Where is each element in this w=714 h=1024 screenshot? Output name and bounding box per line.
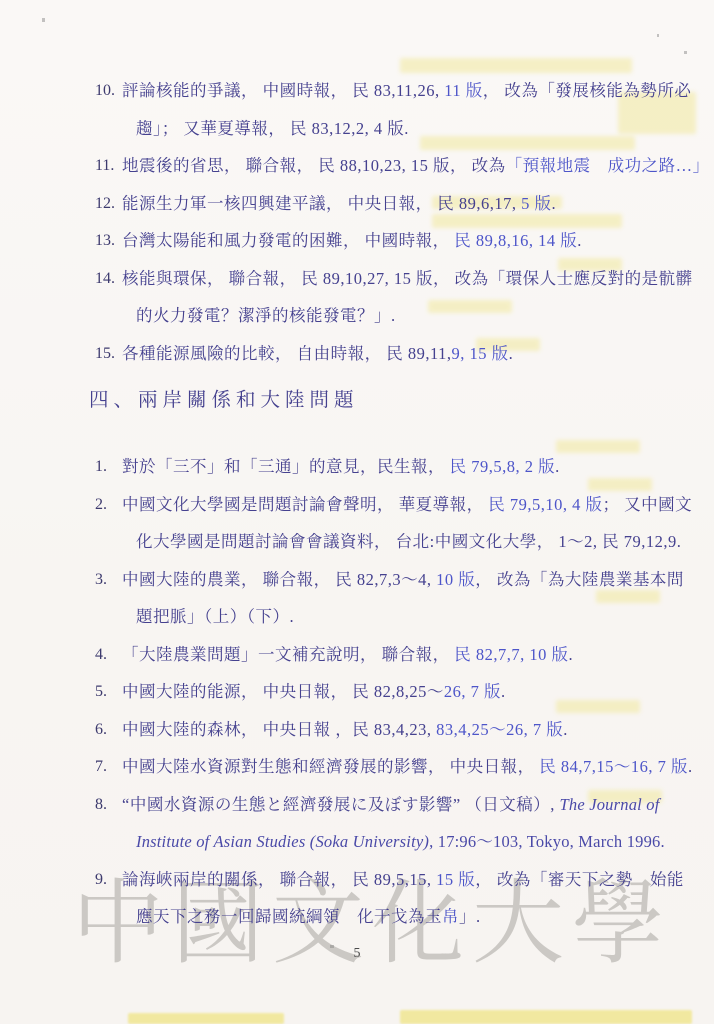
item-line: 中國大陸的森林， 中央日報 ，民 83,4,23, 83,4,25～26, 7 … [122,711,650,749]
item-number: 9. [95,861,122,899]
item-text: 核能與環保， 聯合報， 民 89,10,27, 15 版， 改為「環保人士應反對… [122,260,650,335]
document-content: 10.評論核能的爭議， 中國時報， 民 83,11,26, 11 版， 改為「發… [95,72,650,936]
item-line: 「大陸農業問題」一文補充說明， 聯合報， 民 82,7,7, 10 版. [122,636,650,674]
item-line: “中國水資源の生態と經濟發展に及ぼす影響” （日文稿）, The Journal… [122,786,650,824]
item-number: 8. [95,786,122,824]
item-line-continuation: 趨」； 又華夏導報， 民 83,12,2, 4 版. [122,110,650,148]
bleed-through-artifact [128,1013,284,1024]
bibliography-item: 2.中國文化大學國是問題討論會聲明， 華夏導報， 民 79,5,10, 4 版；… [95,486,650,561]
item-text: 中國文化大學國是問題討論會聲明， 華夏導報， 民 79,5,10, 4 版； 又… [122,486,650,561]
item-text: 對於「三不」和「三通」的意見，民生報， 民 79,5,8, 2 版. [122,448,650,486]
item-line: 中國大陸的農業， 聯合報， 民 82,7,3～4, 10 版， 改為「為大陸農業… [122,561,650,599]
item-text: 中國大陸的森林， 中央日報 ，民 83,4,23, 83,4,25～26, 7 … [122,711,650,749]
bibliography-item: 11.地震後的省思， 聯合報， 民 88,10,23, 15 版， 改為「預報地… [95,147,650,185]
item-number: 2. [95,486,122,524]
bibliography-item: 1.對於「三不」和「三通」的意見，民生報， 民 79,5,8, 2 版. [95,448,650,486]
item-number: 1. [95,448,122,486]
bibliography-item: 5.中國大陸的能源， 中央日報， 民 82,8,25～26, 7 版. [95,673,650,711]
section-heading-cross-strait: 四、兩岸關係和大陸問題 [89,382,650,420]
item-line: 地震後的省思， 聯合報， 民 88,10,23, 15 版， 改為「預報地震 成… [122,147,650,185]
bibliography-item: 7.中國大陸水資源對生態和經濟發展的影響， 中央日報， 民 84,7,15～16… [95,748,650,786]
item-number: 12. [95,185,122,223]
item-line: 評論核能的爭議， 中國時報， 民 83,11,26, 11 版， 改為「發展核能… [122,72,650,110]
item-number: 15. [95,335,122,373]
bibliography-item: 6.中國大陸的森林， 中央日報 ，民 83,4,23, 83,4,25～26, … [95,711,650,749]
item-text: 各種能源風險的比較， 自由時報， 民 89,11,9, 15 版. [122,335,650,373]
item-line: 核能與環保， 聯合報， 民 89,10,27, 15 版， 改為「環保人士應反對… [122,260,650,298]
bibliography-item: 15.各種能源風險的比較， 自由時報， 民 89,11,9, 15 版. [95,335,650,373]
item-text: 中國大陸的能源， 中央日報， 民 82,8,25～26, 7 版. [122,673,650,711]
item-text: 台灣太陽能和風力發電的困難， 中國時報， 民 89,8,16, 14 版. [122,222,650,260]
item-text: 中國大陸水資源對生態和經濟發展的影響， 中央日報， 民 84,7,15～16, … [122,748,650,786]
item-line-continuation: 化大學國是問題討論會會議資料， 台北:中國文化大學， 1～2, 民 79,12,… [122,523,650,561]
page-number: 5 [0,946,714,962]
item-number: 13. [95,222,122,260]
bibliography-item: 4.「大陸農業問題」一文補充說明， 聯合報， 民 82,7,7, 10 版. [95,636,650,674]
item-number: 3. [95,561,122,599]
item-text: 中國大陸的農業， 聯合報， 民 82,7,3～4, 10 版， 改為「為大陸農業… [122,561,650,636]
item-number: 5. [95,673,122,711]
item-line: 能源生力軍一核四興建平議， 中央日報， 民 89,6,17, 5 版. [122,185,650,223]
scan-speck [684,51,687,54]
item-number: 7. [95,748,122,786]
item-text: 能源生力軍一核四興建平議， 中央日報， 民 89,6,17, 5 版. [122,185,650,223]
bibliography-item: 8.“中國水資源の生態と經濟發展に及ぼす影響” （日文稿）, The Journ… [95,786,650,861]
scan-speck [657,34,659,37]
item-line: 對於「三不」和「三通」的意見，民生報， 民 79,5,8, 2 版. [122,448,650,486]
item-number: 14. [95,260,122,298]
item-line-continuation: 的火力發電？潔淨的核能發電？」. [122,297,650,335]
bibliography-item: 14.核能與環保， 聯合報， 民 89,10,27, 15 版， 改為「環保人士… [95,260,650,335]
bibliography-item: 9.論海峽兩岸的關係， 聯合報， 民 89,5,15, 15 版， 改為「審天下… [95,861,650,936]
item-line: 論海峽兩岸的關係， 聯合報， 民 89,5,15, 15 版， 改為「審天下之勢… [122,861,650,899]
item-line-continuation: 應天下之務一回歸國統綱領 化干戈為玉帛」. [122,898,650,936]
item-text: 評論核能的爭議， 中國時報， 民 83,11,26, 11 版， 改為「發展核能… [122,72,650,147]
item-text: 論海峽兩岸的關係， 聯合報， 民 89,5,15, 15 版， 改為「審天下之勢… [122,861,650,936]
item-number: 6. [95,711,122,749]
energy-items-list: 10.評論核能的爭議， 中國時報， 民 83,11,26, 11 版， 改為「發… [95,72,650,372]
bibliography-item: 10.評論核能的爭議， 中國時報， 民 83,11,26, 11 版， 改為「發… [95,72,650,147]
item-number: 4. [95,636,122,674]
item-line: 各種能源風險的比較， 自由時報， 民 89,11,9, 15 版. [122,335,650,373]
bibliography-item: 13.台灣太陽能和風力發電的困難， 中國時報， 民 89,8,16, 14 版. [95,222,650,260]
item-text: “中國水資源の生態と經濟發展に及ぼす影響” （日文稿）, The Journal… [122,786,650,861]
item-text: 「大陸農業問題」一文補充說明， 聯合報， 民 82,7,7, 10 版. [122,636,650,674]
item-line: 中國大陸的能源， 中央日報， 民 82,8,25～26, 7 版. [122,673,650,711]
bleed-through-artifact [400,58,632,73]
scan-speck [42,18,45,22]
bleed-through-artifact [400,1010,692,1024]
item-line-continuation: 題把脈」（上）（下）. [122,598,650,636]
item-line: 中國大陸水資源對生態和經濟發展的影響， 中央日報， 民 84,7,15～16, … [122,748,650,786]
item-number: 11. [95,147,122,185]
item-number: 10. [95,72,122,110]
item-line: 中國文化大學國是問題討論會聲明， 華夏導報， 民 79,5,10, 4 版； 又… [122,486,650,524]
item-text: 地震後的省思， 聯合報， 民 88,10,23, 15 版， 改為「預報地震 成… [122,147,650,185]
bibliography-item: 3.中國大陸的農業， 聯合報， 民 82,7,3～4, 10 版， 改為「為大陸… [95,561,650,636]
item-line: 台灣太陽能和風力發電的困難， 中國時報， 民 89,8,16, 14 版. [122,222,650,260]
item-line-continuation: Institute of Asian Studies (Soka Univers… [122,823,650,861]
cross-strait-items-list: 1.對於「三不」和「三通」的意見，民生報， 民 79,5,8, 2 版.2.中國… [95,448,650,936]
bibliography-item: 12.能源生力軍一核四興建平議， 中央日報， 民 89,6,17, 5 版. [95,185,650,223]
scanned-document-page: 中國文化大學 10.評論核能的爭議， 中國時報， 民 83,11,26, 11 … [0,0,714,1024]
